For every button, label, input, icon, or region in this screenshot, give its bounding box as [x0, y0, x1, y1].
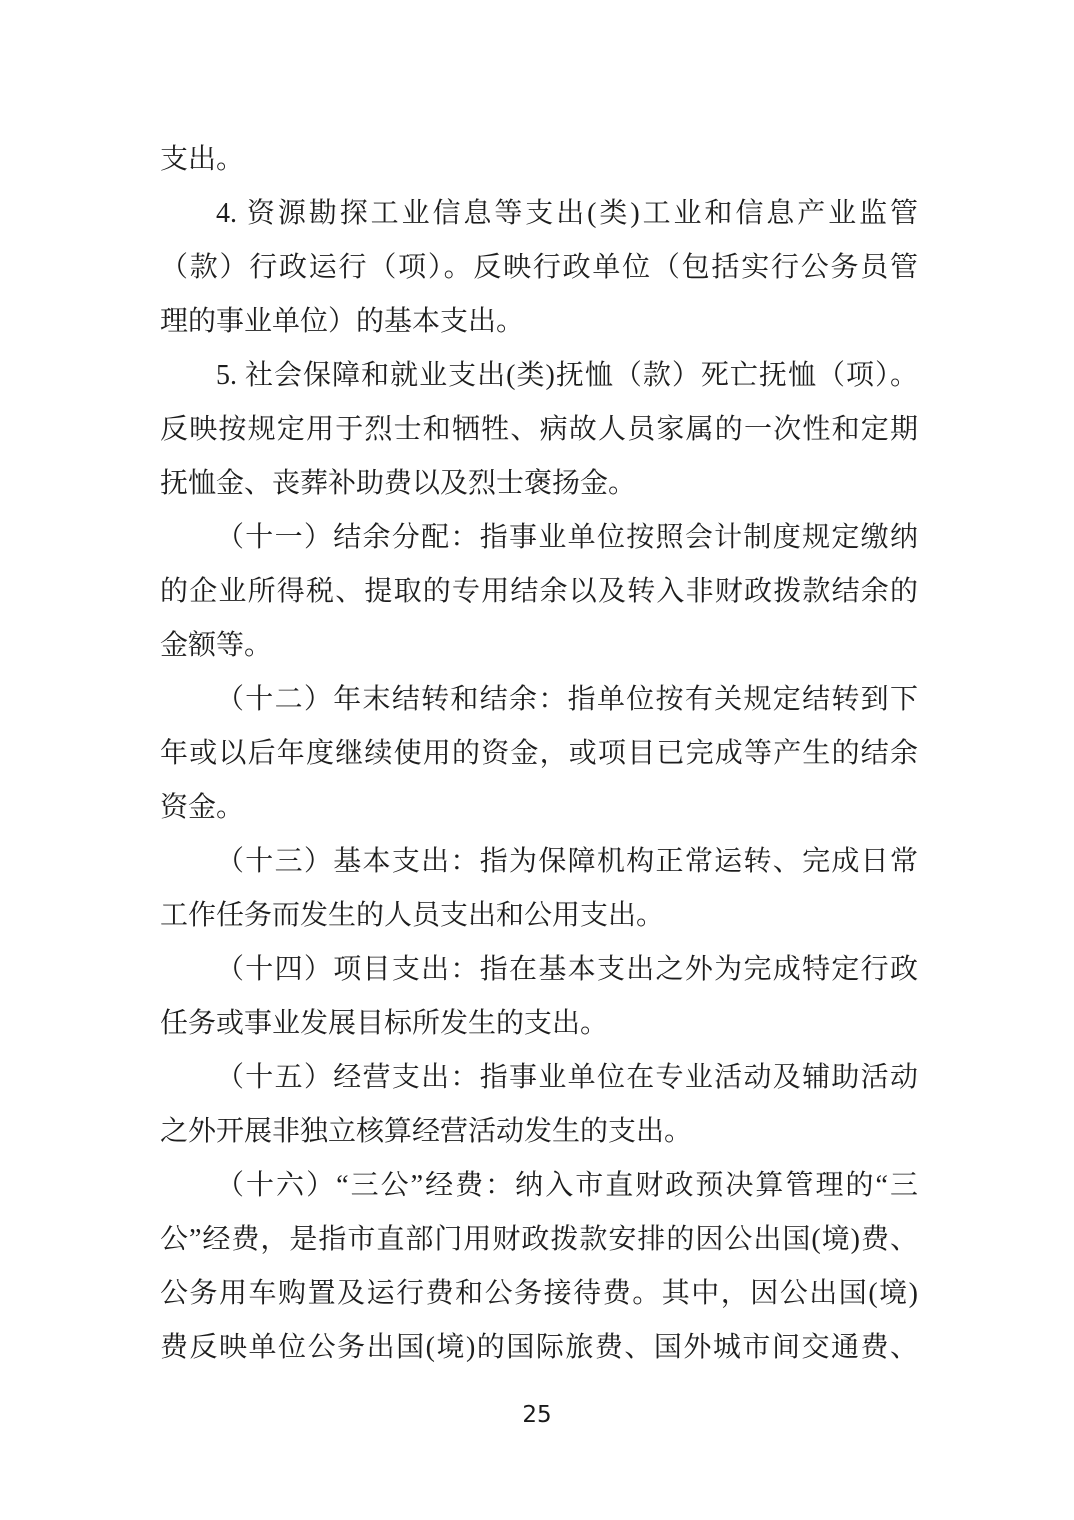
- body-text-line: （十六）“三公”经费：纳入市直财政预决算管理的“三: [160, 1159, 918, 1213]
- body-text-line: （十一）结余分配：指事业单位按照会计制度规定缴纳: [160, 511, 918, 565]
- body-text-line: 工作任务而发生的人员支出和公用支出。: [160, 889, 918, 943]
- body-text-line: 公务用车购置及运行费和公务接待费。其中，因公出国(境): [160, 1267, 918, 1321]
- body-text-line: （款）行政运行（项）。反映行政单位（包括实行公务员管: [160, 241, 918, 295]
- body-text-line: 的企业所得税、提取的专用结余以及转入非财政拨款结余的: [160, 565, 918, 619]
- body-text-line: 4. 资源勘探工业信息等支出(类)工业和信息产业监管: [160, 187, 918, 241]
- body-text-line: （十五）经营支出：指事业单位在专业活动及辅助活动: [160, 1051, 918, 1105]
- body-text-line: （十二）年末结转和结余：指单位按有关规定结转到下: [160, 673, 918, 727]
- body-text-line: （十三）基本支出：指为保障机构正常运转、完成日常: [160, 835, 918, 889]
- body-text: 支出。4. 资源勘探工业信息等支出(类)工业和信息产业监管（款）行政运行（项）。…: [160, 133, 918, 1375]
- body-text-line: 公”经费，是指市直部门用财政拨款安排的因公出国(境)费、: [160, 1213, 918, 1267]
- body-text-line: 之外开展非独立核算经营活动发生的支出。: [160, 1105, 918, 1159]
- page-number: 25: [0, 1402, 1074, 1428]
- body-text-line: 支出。: [160, 133, 918, 187]
- body-text-line: 5. 社会保障和就业支出(类)抚恤（款）死亡抚恤（项）。: [160, 349, 918, 403]
- body-text-line: 抚恤金、丧葬补助费以及烈士褒扬金。: [160, 457, 918, 511]
- document-page: 支出。4. 资源勘探工业信息等支出(类)工业和信息产业监管（款）行政运行（项）。…: [0, 0, 1074, 1520]
- body-text-line: 年或以后年度继续使用的资金，或项目已完成等产生的结余: [160, 727, 918, 781]
- body-text-line: （十四）项目支出：指在基本支出之外为完成特定行政: [160, 943, 918, 997]
- body-text-line: 反映按规定用于烈士和牺牲、病故人员家属的一次性和定期: [160, 403, 918, 457]
- body-text-line: 费反映单位公务出国(境)的国际旅费、国外城市间交通费、: [160, 1321, 918, 1375]
- body-text-line: 资金。: [160, 781, 918, 835]
- body-text-line: 理的事业单位）的基本支出。: [160, 295, 918, 349]
- body-text-line: 任务或事业发展目标所发生的支出。: [160, 997, 918, 1051]
- body-text-line: 金额等。: [160, 619, 918, 673]
